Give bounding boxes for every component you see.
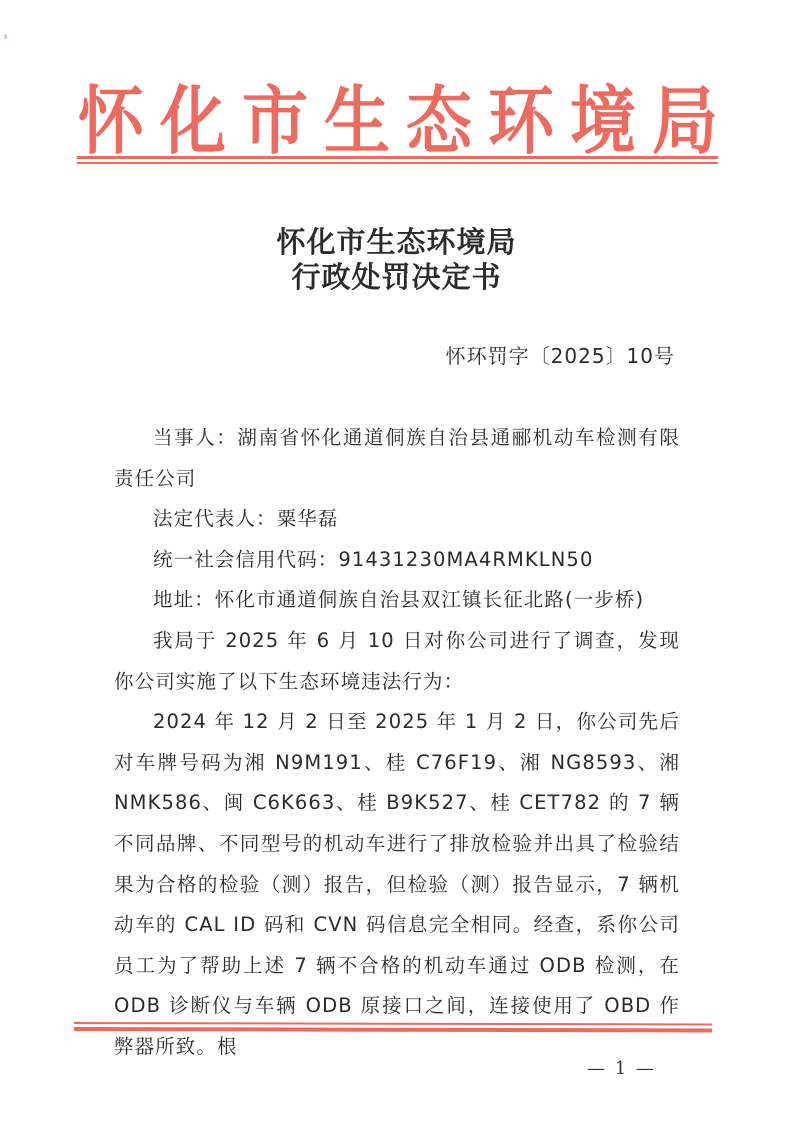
- masthead-char: 怀: [78, 84, 144, 158]
- masthead-char: 环: [488, 84, 554, 158]
- masthead-char: 生: [324, 84, 390, 158]
- investigation-paragraph: 我局于 2025 年 6 月 10 日对你公司进行了调查，发现你公司实施了以下生…: [114, 621, 680, 702]
- party-paragraph: 当事人：湖南省怀化通道侗族自治县通郦机动车检测有限责任公司: [114, 418, 680, 499]
- legal-representative: 法定代表人：粟华磊: [114, 499, 680, 540]
- header-rule-thin: [77, 162, 718, 164]
- masthead-char: 态: [406, 84, 472, 158]
- masthead-char: 化: [160, 84, 226, 158]
- masthead-char: 局: [652, 84, 718, 158]
- header-rule-thick: [77, 156, 718, 159]
- credit-code: 统一社会信用代码：91431230MA4RMKLN50: [114, 540, 680, 581]
- masthead-char: 市: [242, 84, 308, 158]
- scan-artifact: [4, 34, 7, 39]
- document-title-type: 行政处罚决定书: [0, 255, 793, 296]
- page-number: — 1 —: [587, 1058, 656, 1079]
- masthead-char: 境: [570, 84, 636, 158]
- address: 地址：怀化市通道侗族自治县双江镇长征北路(一步桥): [114, 580, 680, 621]
- document-number: 怀环罚字〔2025〕10号: [446, 340, 675, 369]
- document-body: 当事人：湖南省怀化通道侗族自治县通郦机动车检测有限责任公司 法定代表人：粟华磊 …: [114, 418, 680, 1068]
- masthead-red-header: 怀 化 市 生 态 环 境 局: [78, 78, 718, 163]
- violation-paragraph: 2024 年 12 月 2 日至 2025 年 1 月 2 日，你公司先后对车牌…: [114, 702, 680, 1067]
